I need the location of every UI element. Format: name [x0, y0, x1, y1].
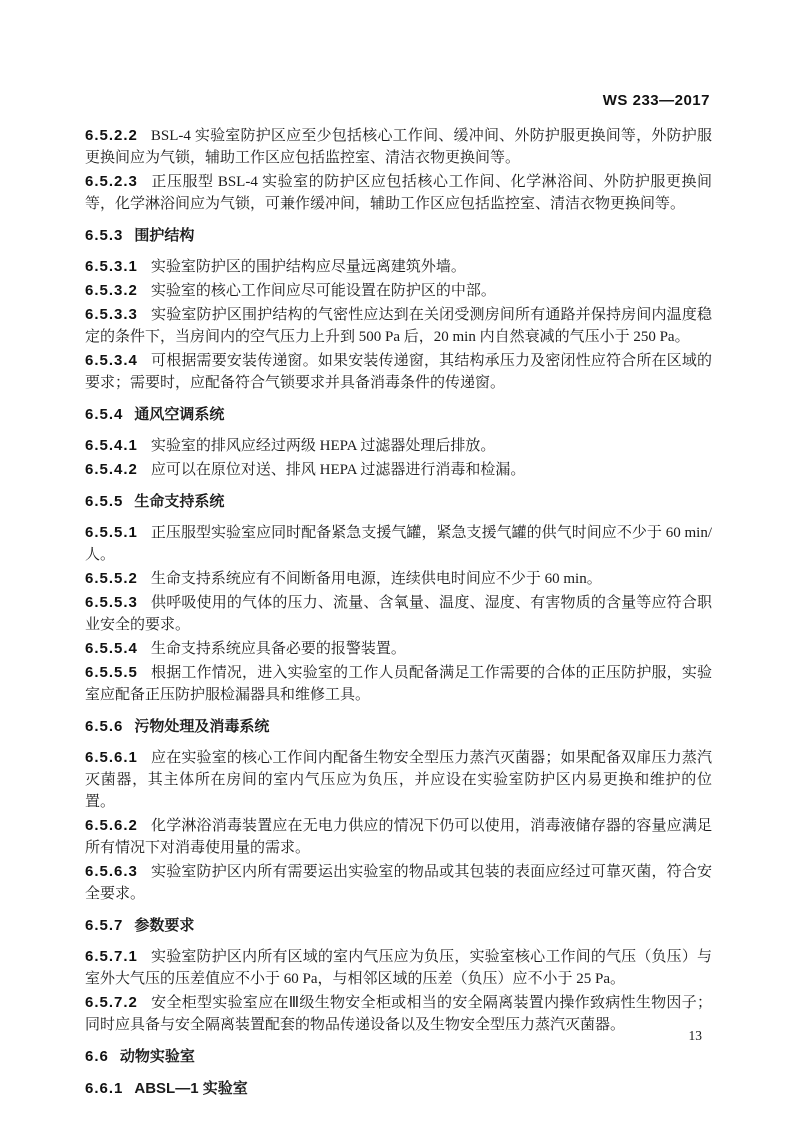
- clause-number: 6.5.6.3: [85, 863, 138, 880]
- section-heading-6.5.6: 6.5.6污物处理及消毒系统: [85, 716, 712, 738]
- clause-text: 实验室防护区内所有区域的室内气压应为负压，实验室核心工作间的气压（负压）与室外大…: [85, 949, 712, 987]
- running-header: WS 233—2017: [603, 92, 710, 109]
- document-content: 6.5.2.2BSL-4 实验室防护区应至少包括核心工作间、缓冲间、外防护服更换…: [85, 123, 712, 1109]
- section-heading-6.6: 6.6动物实验室: [85, 1046, 712, 1068]
- heading-number: 6.5.6: [85, 718, 123, 735]
- heading-number: 6.5.3: [85, 227, 123, 244]
- clause-6.5.6.3: 6.5.6.3实验室防护区内所有需要运出实验室的物品或其包装的表面应经过可靠灭菌…: [85, 861, 712, 905]
- heading-text: 围护结构: [134, 227, 194, 244]
- clause-text: 供呼吸使用的气体的压力、流量、含氧量、温度、湿度、有害物质的含量等应符合职业安全…: [85, 595, 712, 633]
- clause-number: 6.5.4.1: [85, 437, 138, 454]
- heading-text: 参数要求: [134, 917, 194, 934]
- clause-number: 6.5.3.3: [85, 306, 138, 323]
- clause-6.5.2.2: 6.5.2.2BSL-4 实验室防护区应至少包括核心工作间、缓冲间、外防护服更换…: [85, 125, 712, 169]
- section-heading-6.5.5: 6.5.5生命支持系统: [85, 491, 712, 513]
- clause-text: 实验室防护区的围护结构应尽量远离建筑外墙。: [151, 259, 466, 275]
- section-heading-6.5.7: 6.5.7参数要求: [85, 915, 712, 937]
- clause-number: 6.5.5.1: [85, 524, 138, 541]
- clause-text: 生命支持系统应具备必要的报警装置。: [151, 641, 406, 657]
- clause-6.5.5.1: 6.5.5.1正压服型实验室应同时配备紧急支援气罐，紧急支援气罐的供气时间应不少…: [85, 522, 712, 566]
- heading-number: 6.6: [85, 1048, 109, 1065]
- clause-6.5.3.3: 6.5.3.3实验室防护区围护结构的气密性应达到在关闭受测房间所有通路并保持房间…: [85, 304, 712, 348]
- heading-number: 6.5.4: [85, 406, 123, 423]
- clause-text: 实验室的排风应经过两级 HEPA 过滤器处理后排放。: [151, 438, 495, 454]
- heading-number: 6.5.7: [85, 917, 123, 934]
- clause-6.5.3.4: 6.5.3.4可根据需要安装传递窗。如果安装传递窗，其结构承压力及密闭性应符合所…: [85, 350, 712, 394]
- clause-6.5.6.2: 6.5.6.2化学淋浴消毒装置应在无电力供应的情况下仍可以使用，消毒液储存器的容…: [85, 815, 712, 859]
- clause-number: 6.5.6.1: [85, 749, 138, 766]
- clause-text: 实验室防护区围护结构的气密性应达到在关闭受测房间所有通路并保持房间内温度稳定的条…: [85, 307, 712, 345]
- clause-6.5.5.2: 6.5.5.2生命支持系统应有不间断备用电源，连续供电时间应不少于 60 min…: [85, 568, 712, 590]
- clause-number: 6.5.4.2: [85, 461, 138, 478]
- clause-text: 正压服型 BSL-4 实验室的防护区应包括核心工作间、化学淋浴间、外防护服更换间…: [85, 174, 712, 212]
- clause-text: 实验室的核心工作间应尽可能设置在防护区的中部。: [151, 283, 496, 299]
- clause-number: 6.5.7.2: [85, 994, 138, 1011]
- clause-number: 6.5.2.2: [85, 127, 138, 144]
- heading-number: 6.5.5: [85, 493, 123, 510]
- clause-6.5.5.3: 6.5.5.3供呼吸使用的气体的压力、流量、含氧量、温度、湿度、有害物质的含量等…: [85, 592, 712, 636]
- clause-number: 6.5.3.2: [85, 282, 138, 299]
- clause-text: BSL-4 实验室防护区应至少包括核心工作间、缓冲间、外防护服更换间等，外防护服…: [85, 128, 712, 166]
- clause-text: 正压服型实验室应同时配备紧急支援气罐，紧急支援气罐的供气时间应不少于 60 mi…: [85, 525, 712, 563]
- clause-6.5.6.1: 6.5.6.1应在实验室的核心工作间内配备生物安全型压力蒸汽灭菌器；如果配备双扉…: [85, 747, 712, 813]
- section-heading-6.6.1: 6.6.1ABSL—1 实验室: [85, 1078, 712, 1100]
- clause-number: 6.5.5.3: [85, 594, 138, 611]
- clause-number: 6.5.7.1: [85, 948, 138, 965]
- clause-number: 6.5.2.3: [85, 173, 138, 190]
- clause-6.5.3.2: 6.5.3.2实验室的核心工作间应尽可能设置在防护区的中部。: [85, 280, 712, 302]
- section-heading-6.5.4: 6.5.4通风空调系统: [85, 404, 712, 426]
- clause-text: 根据工作情况，进入实验室的工作人员配备满足工作需要的合体的正压防护服，实验室应配…: [85, 665, 712, 703]
- clause-number: 6.5.5.4: [85, 640, 138, 657]
- heading-text: 通风空调系统: [134, 406, 224, 423]
- clause-text: 实验室防护区内所有需要运出实验室的物品或其包装的表面应经过可靠灭菌，符合安全要求…: [85, 864, 712, 902]
- clause-number: 6.5.5.2: [85, 570, 138, 587]
- clause-number: 6.5.5.5: [85, 664, 138, 681]
- clause-6.5.4.1: 6.5.4.1实验室的排风应经过两级 HEPA 过滤器处理后排放。: [85, 435, 712, 457]
- clause-text: 化学淋浴消毒装置应在无电力供应的情况下仍可以使用，消毒液储存器的容量应满足所有情…: [85, 818, 712, 856]
- clause-6.5.4.2: 6.5.4.2应可以在原位对送、排风 HEPA 过滤器进行消毒和检漏。: [85, 459, 712, 481]
- section-heading-6.5.3: 6.5.3围护结构: [85, 225, 712, 247]
- clause-6.5.5.4: 6.5.5.4生命支持系统应具备必要的报警装置。: [85, 638, 712, 660]
- heading-text: 生命支持系统: [134, 493, 224, 510]
- clause-text: 安全柜型实验室应在Ⅲ级生物安全柜或相当的安全隔离装置内操作致病性生物因子；同时应…: [85, 995, 712, 1033]
- clause-text: 应可以在原位对送、排风 HEPA 过滤器进行消毒和检漏。: [151, 462, 525, 478]
- page-number: 13: [689, 1028, 703, 1044]
- heading-number: 6.6.1: [85, 1080, 123, 1097]
- heading-text: 污物处理及消毒系统: [134, 718, 269, 735]
- clause-6.5.3.1: 6.5.3.1实验室防护区的围护结构应尽量远离建筑外墙。: [85, 256, 712, 278]
- clause-6.5.7.2: 6.5.7.2安全柜型实验室应在Ⅲ级生物安全柜或相当的安全隔离装置内操作致病性生…: [85, 992, 712, 1036]
- clause-text: 应在实验室的核心工作间内配备生物安全型压力蒸汽灭菌器；如果配备双扉压力蒸汽灭菌器…: [85, 750, 712, 810]
- clause-6.5.2.3: 6.5.2.3正压服型 BSL-4 实验室的防护区应包括核心工作间、化学淋浴间、…: [85, 171, 712, 215]
- heading-text: 动物实验室: [120, 1048, 195, 1065]
- clause-number: 6.5.3.4: [85, 352, 138, 369]
- clause-text: 生命支持系统应有不间断备用电源，连续供电时间应不少于 60 min。: [151, 571, 602, 587]
- clause-number: 6.5.6.2: [85, 817, 138, 834]
- document-page: WS 233—2017 6.5.2.2BSL-4 实验室防护区应至少包括核心工作…: [0, 0, 794, 1123]
- heading-text: ABSL—1 实验室: [134, 1080, 247, 1097]
- clause-6.5.5.5: 6.5.5.5根据工作情况，进入实验室的工作人员配备满足工作需要的合体的正压防护…: [85, 662, 712, 706]
- clause-6.5.7.1: 6.5.7.1实验室防护区内所有区域的室内气压应为负压，实验室核心工作间的气压（…: [85, 946, 712, 990]
- clause-number: 6.5.3.1: [85, 258, 138, 275]
- clause-text: 可根据需要安装传递窗。如果安装传递窗，其结构承压力及密闭性应符合所在区域的要求；…: [85, 353, 712, 391]
